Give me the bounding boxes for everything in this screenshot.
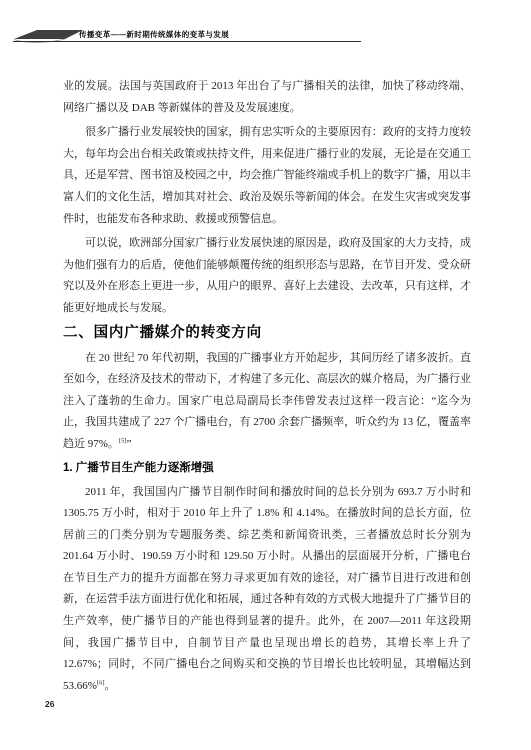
paragraph-europe-summary: 可以说，欧洲部分国家广播行业发展快速的原因是，政府及国家的大力支持，成为他们强有…: [63, 233, 471, 319]
book-page: 传播变革——新时期传统媒体的变革与发展 业的发展。法国与英国政府于 2013 年…: [0, 0, 531, 750]
footnote-ref-6: [6]: [97, 679, 105, 686]
header-swoosh-decoration: [13, 27, 83, 45]
paragraph-radio-development: 业的发展。法国与英国政府于 2013 年出台了与广播相关的法律，加快了移动终端、…: [63, 76, 471, 119]
swoosh-shape: [14, 30, 83, 39]
subsection-heading-production-capacity: 1. 广播节目生产能力逐渐增强: [63, 460, 471, 476]
paragraph-government-support: 很多广播行业发展较快的国家，拥有忠实听众的主要原因有：政府的支持力度较大，每年均…: [63, 122, 471, 230]
page-number: 26: [45, 699, 54, 709]
page-content: 业的发展。法国与英国政府于 2013 年出台了与广播相关的法律，加快了移动终端、…: [63, 76, 471, 700]
paragraph-production-statistics: 2011 年，我国国内广播节目制作时间和播放时间的总长分别为 693.7 万小时…: [63, 482, 471, 698]
paragraph-domestic-history-text: 在 20 世纪 70 年代初期，我国的广播事业方开始起步，其间历经了诸多波折。直…: [63, 352, 471, 450]
paragraph-domestic-history-closing-quote: ”: [127, 438, 132, 450]
paragraph-domestic-history: 在 20 世纪 70 年代初期，我国的广播事业方开始起步，其间历经了诸多波折。直…: [63, 348, 471, 456]
paragraph-production-statistics-period: 。: [105, 680, 116, 692]
paragraph-production-statistics-text: 2011 年，我国国内广播节目制作时间和播放时间的总长分别为 693.7 万小时…: [63, 486, 471, 692]
footnote-ref-5: [5]: [119, 437, 127, 444]
running-head-title: 传播变革——新时期传统媒体的变革与发展: [79, 29, 229, 40]
header-rule: [13, 41, 361, 42]
section-heading-domestic-radio: 二、国内广播媒介的转变方向: [63, 323, 471, 343]
